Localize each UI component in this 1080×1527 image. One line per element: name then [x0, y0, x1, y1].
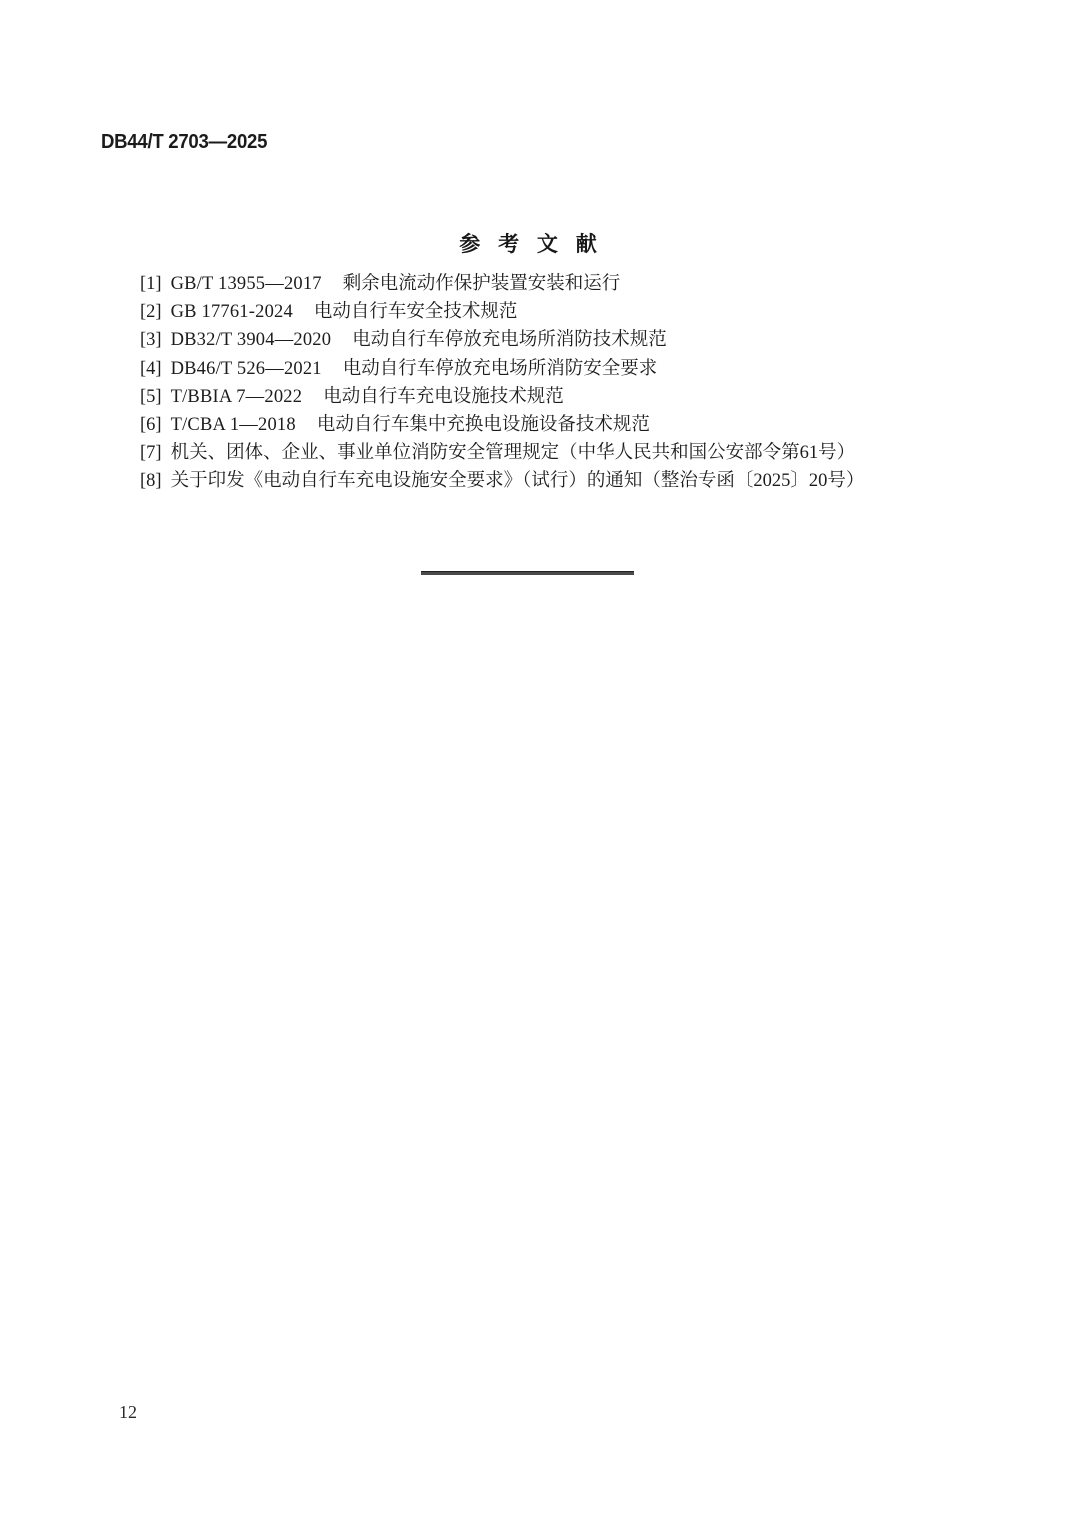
reference-standard-code: GB/T 13955—2017: [171, 274, 322, 294]
reference-item: [3]DB32/T 3904—2020电动自行车停放充电场所消防技术规范: [140, 326, 1020, 354]
reference-index-label: [4]: [140, 359, 162, 379]
reference-item: [2]GB 17761-2024电动自行车安全技术规范: [140, 298, 1020, 326]
end-of-document-divider: [421, 571, 634, 575]
reference-item: [6]T/CBA 1—2018电动自行车集中充换电设施设备技术规范: [140, 411, 1020, 439]
reference-standard-code: GB 17761-2024: [171, 302, 293, 322]
reference-standard-code: DB32/T 3904—2020: [171, 330, 332, 350]
reference-index-label: [3]: [140, 330, 162, 350]
reference-title: 关于印发《电动自行车充电设施安全要求》（试行）的通知（整治专函〔2025〕20号…: [171, 471, 865, 491]
reference-item: [4]DB46/T 526—2021电动自行车停放充电场所消防安全要求: [140, 355, 1020, 383]
reference-standard-code: T/CBA 1—2018: [171, 415, 296, 435]
reference-item: [8]关于印发《电动自行车充电设施安全要求》（试行）的通知（整治专函〔2025〕…: [140, 467, 1020, 495]
reference-index-label: [7]: [140, 443, 162, 463]
reference-index-label: [8]: [140, 471, 162, 491]
standard-number-header: DB44/T 2703—2025: [101, 131, 267, 154]
reference-standard-code: DB46/T 526—2021: [171, 359, 322, 379]
reference-title: 电动自行车集中充换电设施设备技术规范: [317, 415, 650, 435]
reference-title: 剩余电流动作保护装置安装和运行: [343, 274, 621, 294]
reference-title: 电动自行车充电设施技术规范: [323, 387, 564, 407]
reference-index-label: [5]: [140, 387, 162, 407]
reference-index-label: [2]: [140, 302, 162, 322]
reference-title: 电动自行车安全技术规范: [314, 302, 518, 322]
reference-standard-code: T/BBIA 7—2022: [171, 387, 303, 407]
section-title: 参 考 文 献: [0, 228, 1056, 258]
reference-index-label: [6]: [140, 415, 162, 435]
reference-title: 机关、团体、企业、事业单位消防安全管理规定（中华人民共和国公安部令第61号）: [171, 443, 856, 463]
references-list: [1]GB/T 13955—2017剩余电流动作保护装置安装和运行[2]GB 1…: [140, 270, 1020, 496]
page-number: 12: [119, 1402, 137, 1423]
reference-item: [5]T/BBIA 7—2022电动自行车充电设施技术规范: [140, 383, 1020, 411]
reference-item: [1]GB/T 13955—2017剩余电流动作保护装置安装和运行: [140, 270, 1020, 298]
document-page: DB44/T 2703—2025 参 考 文 献 [1]GB/T 13955—2…: [0, 0, 1080, 1527]
reference-title: 电动自行车停放充电场所消防安全要求: [343, 359, 658, 379]
reference-title: 电动自行车停放充电场所消防技术规范: [352, 330, 667, 350]
reference-item: [7]机关、团体、企业、事业单位消防安全管理规定（中华人民共和国公安部令第61号…: [140, 439, 1020, 467]
reference-index-label: [1]: [140, 274, 162, 294]
